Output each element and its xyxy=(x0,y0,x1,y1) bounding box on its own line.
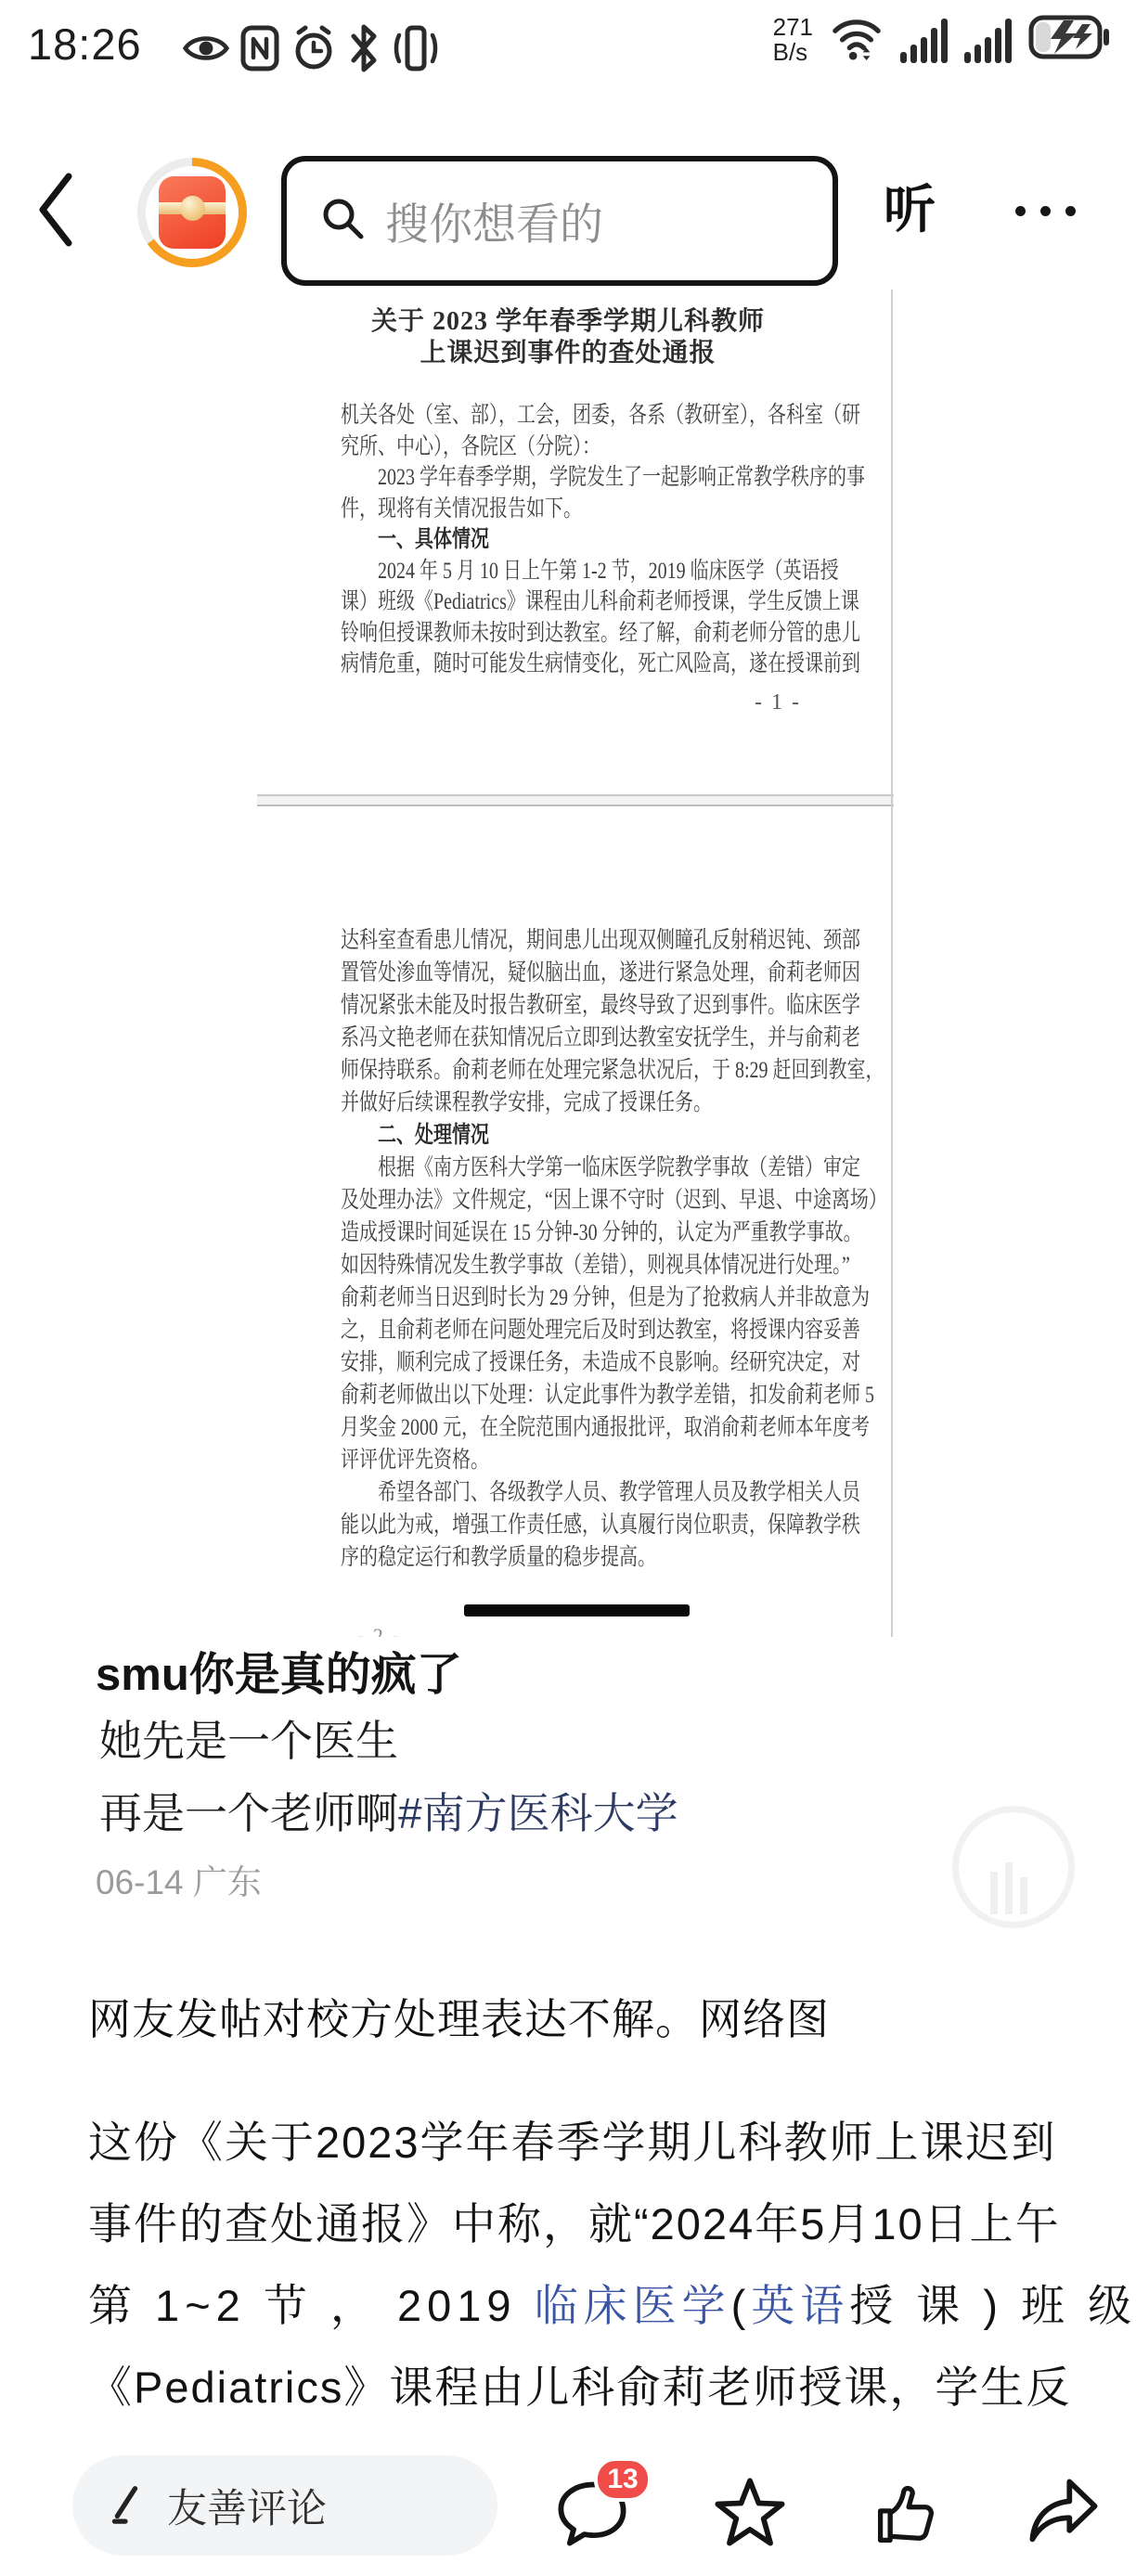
keyword-link[interactable]: 临床医学 xyxy=(535,2281,731,2330)
listen-button[interactable]: 听 xyxy=(884,169,936,243)
doc-text-line: 及处理办法》文件规定，“因上课不守时（迟到、早退、中途离场） xyxy=(341,1184,887,1217)
doc-title: 关于 2023 学年春季学期儿科教师 上课迟到事件的查处通报 xyxy=(257,306,879,369)
like-button[interactable] xyxy=(869,2474,947,2552)
text-segment: 第 1~2 节 ， 2019 xyxy=(88,2281,535,2330)
post-text-line: 她先是一个医生 xyxy=(99,1707,398,1769)
post-text-line: 再是一个老师啊#南方医科大学 xyxy=(99,1780,678,1841)
wifi-icon xyxy=(830,13,884,66)
article-paragraph-line: 第 1~2 节 ， 2019 临床医学(英语授 课 ) 班 级 xyxy=(88,2272,1118,2334)
doc-page2-body: 达科室查看患儿情况，期间患儿出现双侧瞳孔反射稍迟钝、颈部置管处渗血等情况，疑似脑… xyxy=(341,924,894,1574)
doc-text-line: 病情危重，随时可能发生病情变化，死亡风险高，遂在授课前到 xyxy=(341,649,865,680)
eye-icon xyxy=(182,28,230,73)
keyword-link[interactable]: 英语 xyxy=(751,2281,849,2330)
doc-text-line: 希望各部门、各级教学人员、教学管理人员及教学相关人员 xyxy=(341,1476,887,1509)
battery-charging-icon xyxy=(1028,15,1110,64)
status-bar: 18:26 271 B/s xyxy=(0,0,1136,102)
red-packet-progress-ring[interactable] xyxy=(137,158,247,267)
header-bar: 搜你想看的 听 xyxy=(0,148,1136,293)
redaction-bar xyxy=(464,1604,690,1616)
doc-text-line: 铃响但授课教师未按时到达教室。经了解，俞莉老师分管的患儿 xyxy=(341,618,865,650)
doc-text-line: 安排，顺利完成了授课任务，未造成不良影响。经研究决定，对 xyxy=(341,1346,887,1379)
signal-icon-2 xyxy=(964,17,1012,63)
page-divider xyxy=(257,794,894,806)
doc-text-line: 机关各处（室、部），工会，团委，各系（教研室），各科室（研 xyxy=(341,400,865,431)
doc-text-line: 达科室查看患儿情况，期间患儿出现双侧瞳孔反射稍迟钝、颈部 xyxy=(341,924,887,957)
doc-text-line: 一、具体情况 xyxy=(341,524,865,556)
page-edge-shadow xyxy=(891,290,893,1637)
article-paragraph-line: 事件的查处通报》中称，就“2024年5月10日上午 xyxy=(88,2190,1118,2252)
red-packet-icon xyxy=(159,176,226,249)
post-text-segment: 再是一个老师啊 xyxy=(99,1789,398,1837)
vibrate-icon xyxy=(390,24,442,77)
doc-text-line: 情况紧张未能及时报告教研室，最终导致了迟到事件。临床医学 xyxy=(341,989,887,1022)
doc-text-line: 月奖金 2000 元，在全院范围内通报批评，取消俞莉老师本年度考 xyxy=(341,1411,887,1444)
doc-page2-number: - 2 - xyxy=(357,1624,401,1637)
doc-text-line: 师保持联系。俞莉老师在处理完紧急状况后，于 8:29 赶回到教室， xyxy=(341,1054,887,1087)
article-paragraph-line: 这份《关于2023学年春季学期儿科教师上课迟到 xyxy=(88,2108,1118,2170)
more-menu-icon[interactable] xyxy=(1015,206,1076,216)
doc-text-line: 二、处理情况 xyxy=(341,1119,887,1152)
signal-icon xyxy=(900,17,948,63)
doc-text-line: 评评优评先资格。 xyxy=(341,1444,887,1476)
pen-icon xyxy=(104,2482,147,2530)
post-title: smu你是真的疯了 xyxy=(96,1639,462,1704)
comment-count-badge: 13 xyxy=(594,2457,652,2502)
doc-text-line: 俞莉老师做出以下处理：认定此事件为教学差错，扣发俞莉老师 5 xyxy=(341,1379,887,1411)
comment-placeholder: 友善评论 xyxy=(167,2478,327,2534)
doc-text-line: 系冯文艳老师在获知情况后立即到达教室安抚学生，并与俞莉老 xyxy=(341,1022,887,1054)
share-button[interactable] xyxy=(1025,2474,1103,2552)
doc-text-line: 2023 学年春季学期，学院发生了一起影响正常教学秩序的事 xyxy=(341,462,865,494)
notice-document-image[interactable]: 关于 2023 学年春季学期儿科教师 上课迟到事件的查处通报 机关各处（室、部）… xyxy=(257,290,894,1637)
alarm-icon xyxy=(290,24,338,77)
search-input[interactable]: 搜你想看的 xyxy=(281,156,838,286)
media-watermark xyxy=(952,1806,1075,1928)
doc-text-line: 俞莉老师当日迟到时长为 29 分钟，但是为了抢救病人并非故意为 xyxy=(341,1282,887,1314)
post-date-location: 06-14 广东 xyxy=(96,1854,262,1904)
doc-text-line: 置管处渗血等情况，疑似脑出血，遂进行紧急处理，俞莉老师因 xyxy=(341,957,887,989)
doc-text-line: 并做好后续课程教学安排，完成了授课任务。 xyxy=(341,1087,887,1119)
hashtag-link[interactable]: #南方医科大学 xyxy=(398,1789,678,1837)
nfc-icon xyxy=(239,24,280,77)
doc-text-line: 之，且俞莉老师在问题处理完后及时到达教室，将授课内容妥善 xyxy=(341,1314,887,1346)
clock-time: 18:26 xyxy=(28,19,142,70)
bluetooth-icon xyxy=(347,24,381,77)
doc-text-line: 根据《南方医科大学第一临床医学院教学事故（差错）审定 xyxy=(341,1152,887,1184)
comment-input[interactable]: 友善评论 xyxy=(72,2455,497,2556)
doc-text-line: 2024 年 5 月 10 日上午第 1-2 节，2019 临床医学（英语授 xyxy=(341,556,865,587)
doc-text-line: 造成授课时间延误在 15 分钟-30 分钟的，认定为严重教学事故。 xyxy=(341,1217,887,1249)
search-placeholder: 搜你想看的 xyxy=(385,190,603,252)
favorite-star-button[interactable] xyxy=(711,2474,789,2552)
back-button[interactable] xyxy=(33,171,76,249)
doc-text-line: 课）班级《Pediatrics》课程由儿科俞莉老师授课，学生反馈上课 xyxy=(341,586,865,618)
doc-text-line: 件，现将有关情况报告如下。 xyxy=(341,494,865,525)
network-speed: 271 B/s xyxy=(773,15,813,65)
text-segment: ( xyxy=(731,2281,752,2330)
text-segment: 授 课 ) 班 级 xyxy=(849,2281,1136,2330)
doc-page1-number: - 1 - xyxy=(755,690,801,715)
doc-page1-body: 机关各处（室、部），工会，团委，各系（教研室），各科室（研究所、中心），各院区（… xyxy=(341,400,894,680)
search-icon xyxy=(318,194,368,249)
doc-text-line: 究所、中心），各院区（分院）： xyxy=(341,431,865,463)
doc-text-line: 如因特殊情况发生教学事故（差错），则视具体情况进行处理。” xyxy=(341,1249,887,1282)
image-caption: 网友发帖对校方处理表达不解。网络图 xyxy=(88,1986,830,2047)
doc-text-line: 能以此为戒，增强工作责任感，认真履行岗位职责，保障教学秩 xyxy=(341,1509,887,1541)
bottom-action-bar: 友善评论 13 xyxy=(0,2441,1136,2576)
article-paragraph-line: 《Pediatrics》课程由儿科俞莉老师授课，学生反 xyxy=(88,2353,1118,2415)
doc-text-line: 序的稳定运行和教学质量的稳步提高。 xyxy=(341,1541,887,1574)
app-screen: 18:26 271 B/s xyxy=(0,0,1136,2576)
